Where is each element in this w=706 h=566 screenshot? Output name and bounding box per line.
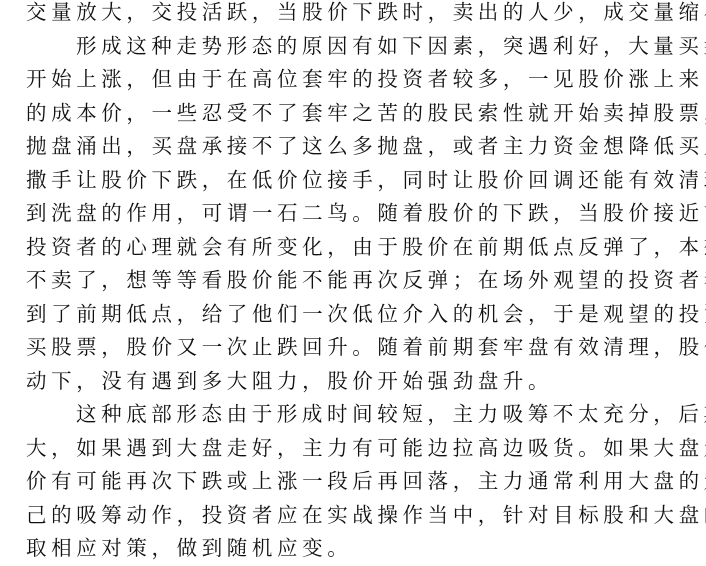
text-line: 己的吸筹动作，投资者应在实战操作当中，针对目标股和大盘的走势变化采 bbox=[26, 499, 682, 533]
text-line: 交量放大，交投活跃，当股价下跌时，卖出的人少，成交量缩小。 bbox=[26, 0, 682, 30]
paragraph-continuation: 交量放大，交投活跃，当股价下跌时，卖出的人少，成交量缩小。 bbox=[26, 0, 682, 30]
document-page: 交量放大，交投活跃，当股价下跌时，卖出的人少，成交量缩小。 形成这种走势形态的原… bbox=[26, 0, 682, 566]
paragraph-cause-analysis: 形成这种走势形态的原因有如下因素，突遇利好，大量买盘介入，股价 开始上涨，但由于… bbox=[26, 30, 682, 399]
text-line: 到了前期低点，给了他们一次低位介入的机会，于是观望的投资者开始进场 bbox=[26, 298, 682, 332]
text-line: 不卖了，想等等看股价能不能再次反弹；在场外观望的投资者看到股价又回 bbox=[26, 264, 682, 298]
text-line: 形成这种走势形态的原因有如下因素，突遇利好，大量买盘介入，股价 bbox=[26, 30, 682, 64]
text-line: 动下，没有遇到多大阻力，股价开始强劲盘升。 bbox=[26, 365, 682, 399]
text-line: 大，如果遇到大盘走好，主力有可能边拉高边吸货。如果大盘走势不好，股 bbox=[26, 432, 682, 466]
text-line: 撒手让股价下跌，在低价位接手，同时让股价回调还能有效清理跟风盘，起 bbox=[26, 164, 682, 198]
text-line: 取相应对策，做到随机应变。 bbox=[26, 532, 682, 566]
text-line: 价有可能再次下跌或上涨一段后再回落，主力通常利用大盘的走势来掩护自 bbox=[26, 465, 682, 499]
text-line: 这种底部形态由于形成时间较短，主力吸筹不太充分，后期形态变化较 bbox=[26, 398, 682, 432]
text-line: 抛盘涌出，买盘承接不了这么多抛盘，或者主力资金想降低买入成本，索性 bbox=[26, 130, 682, 164]
text-line: 开始上涨，但由于在高位套牢的投资者较多，一见股价涨上来了，接近自己 bbox=[26, 63, 682, 97]
paragraph-bottom-pattern: 这种底部形态由于形成时间较短，主力吸筹不太充分，后期形态变化较 大，如果遇到大盘… bbox=[26, 398, 682, 566]
text-line: 到洗盘的作用，可谓一石二鸟。随着股价的下跌，当股价接近前期低点时， bbox=[26, 197, 682, 231]
text-line: 投资者的心理就会有所变化，由于股价在前期低点反弹了，本想卖股票的也 bbox=[26, 231, 682, 265]
text-line: 的成本价，一些忍受不了套牢之苦的股民索性就开始卖掉股票，由于有大量 bbox=[26, 97, 682, 131]
text-line: 买股票，股价又一次止跌回升。随着前期套牢盘有效清理，股价在买盘的推 bbox=[26, 331, 682, 365]
